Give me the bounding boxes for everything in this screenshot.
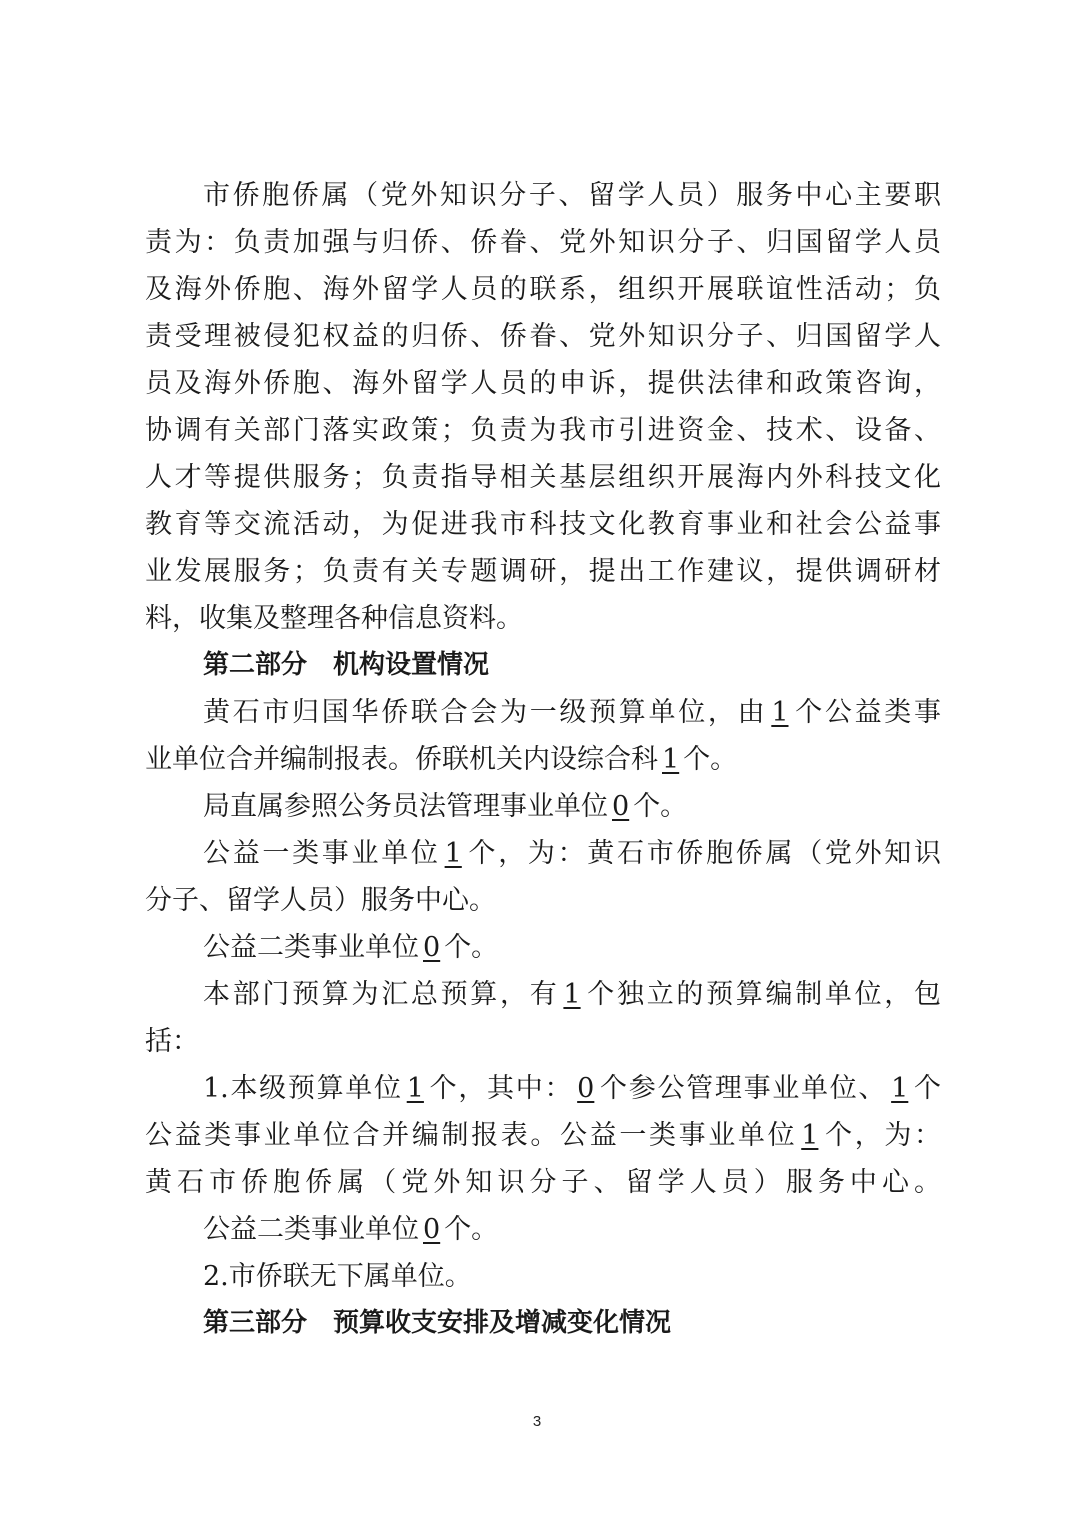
text-line: 分子、留学人员）服务中心。: [145, 877, 941, 924]
underlined-count: 1: [887, 1073, 912, 1104]
underlined-count: 1: [559, 979, 584, 1010]
text-segment: 个，为：黄石市侨胞侨属（党外知识: [466, 838, 941, 869]
text-segment: 个。: [444, 1214, 498, 1245]
text-line: 市侨胞侨属（党外知识分子、留学人员）服务中心主要职: [145, 172, 941, 219]
section-heading-3: 第三部分 预算收支安排及增减变化情况: [145, 1300, 941, 1347]
text-line: 责受理被侵犯权益的归侨、侨眷、党外知识分子、归国留学人: [145, 313, 941, 360]
document-page: 市侨胞侨属（党外知识分子、留学人员）服务中心主要职 责为：负责加强与归侨、侨眷、…: [145, 172, 941, 1347]
text-line: 公益类事业单位合并编制报表。公益一类事业单位1个，为：: [145, 1112, 941, 1159]
text-segment: 局直属参照公务员法管理事业单位: [203, 791, 608, 822]
underlined-count: 0: [573, 1073, 598, 1104]
text-line: 局直属参照公务员法管理事业单位0个。: [145, 783, 941, 830]
text-line: 公益二类事业单位0个。: [145, 924, 941, 971]
text-segment: 公益二类事业单位: [203, 932, 419, 963]
text-line: 公益二类事业单位0个。: [145, 1206, 941, 1253]
text-segment: 个: [912, 1073, 941, 1104]
text-segment: 个参公管理事业单位、: [598, 1073, 887, 1104]
text-line: 料，收集及整理各种信息资料。: [145, 595, 941, 642]
text-segment: 1.本级预算单位: [203, 1073, 403, 1104]
text-line: 协调有关部门落实政策；负责为我市引进资金、技术、设备、: [145, 407, 941, 454]
text-line: 人才等提供服务；负责指导相关基层组织开展海内外科技文化: [145, 454, 941, 501]
underlined-count: 0: [608, 791, 633, 822]
text-segment: 黄石市归国华侨联合会为一级预算单位，由: [203, 697, 767, 728]
text-segment: 个公益类事: [793, 697, 942, 728]
underlined-count: 1: [797, 1120, 822, 1151]
text-line: 责为：负责加强与归侨、侨眷、党外知识分子、归国留学人员: [145, 219, 941, 266]
text-segment: 个独立的预算编制单位，包: [585, 979, 941, 1010]
underlined-count: 0: [419, 932, 444, 963]
underlined-count: 1: [658, 744, 683, 775]
text-segment: 公益类事业单位合并编制报表。公益一类事业单位: [145, 1120, 797, 1151]
text-segment: 个，其中：: [428, 1073, 573, 1104]
text-segment: 个。: [683, 744, 737, 775]
underlined-count: 1: [767, 697, 792, 728]
text-segment: 公益一类事业单位: [203, 838, 441, 869]
text-segment: 公益二类事业单位: [203, 1214, 419, 1245]
text-line: 教育等交流活动，为促进我市科技文化教育事业和社会公益事: [145, 501, 941, 548]
text-line: 业发展服务；负责有关专题调研，提出工作建议，提供调研材: [145, 548, 941, 595]
text-segment: 个。: [633, 791, 687, 822]
underlined-count: 1: [403, 1073, 428, 1104]
text-line: 黄石市侨胞侨属（党外知识分子、留学人员）服务中心。: [145, 1159, 941, 1206]
section-heading-2: 第二部分 机构设置情况: [145, 642, 941, 689]
text-line: 业单位合并编制报表。侨联机关内设综合科1个。: [145, 736, 941, 783]
text-line: 2.市侨联无下属单位。: [145, 1253, 941, 1300]
underlined-count: 1: [441, 838, 466, 869]
text-line: 本部门预算为汇总预算，有1个独立的预算编制单位，包: [145, 971, 941, 1018]
text-line: 及海外侨胞、海外留学人员的联系，组织开展联谊性活动；负: [145, 266, 941, 313]
text-line: 1.本级预算单位1个，其中：0个参公管理事业单位、1个: [145, 1065, 941, 1112]
text-segment: 本部门预算为汇总预算，有: [203, 979, 559, 1010]
text-line: 员及海外侨胞、海外留学人员的申诉，提供法律和政策咨询，: [145, 360, 941, 407]
underlined-count: 0: [419, 1214, 444, 1245]
text-line: 括：: [145, 1018, 941, 1065]
page-number: 3: [0, 1413, 1074, 1430]
text-segment: 个，为：: [822, 1120, 941, 1151]
text-segment: 业单位合并编制报表。侨联机关内设综合科: [145, 744, 658, 775]
text-line: 公益一类事业单位1个，为：黄石市侨胞侨属（党外知识: [145, 830, 941, 877]
text-line: 黄石市归国华侨联合会为一级预算单位，由1个公益类事: [145, 689, 941, 736]
text-segment: 个。: [444, 932, 498, 963]
